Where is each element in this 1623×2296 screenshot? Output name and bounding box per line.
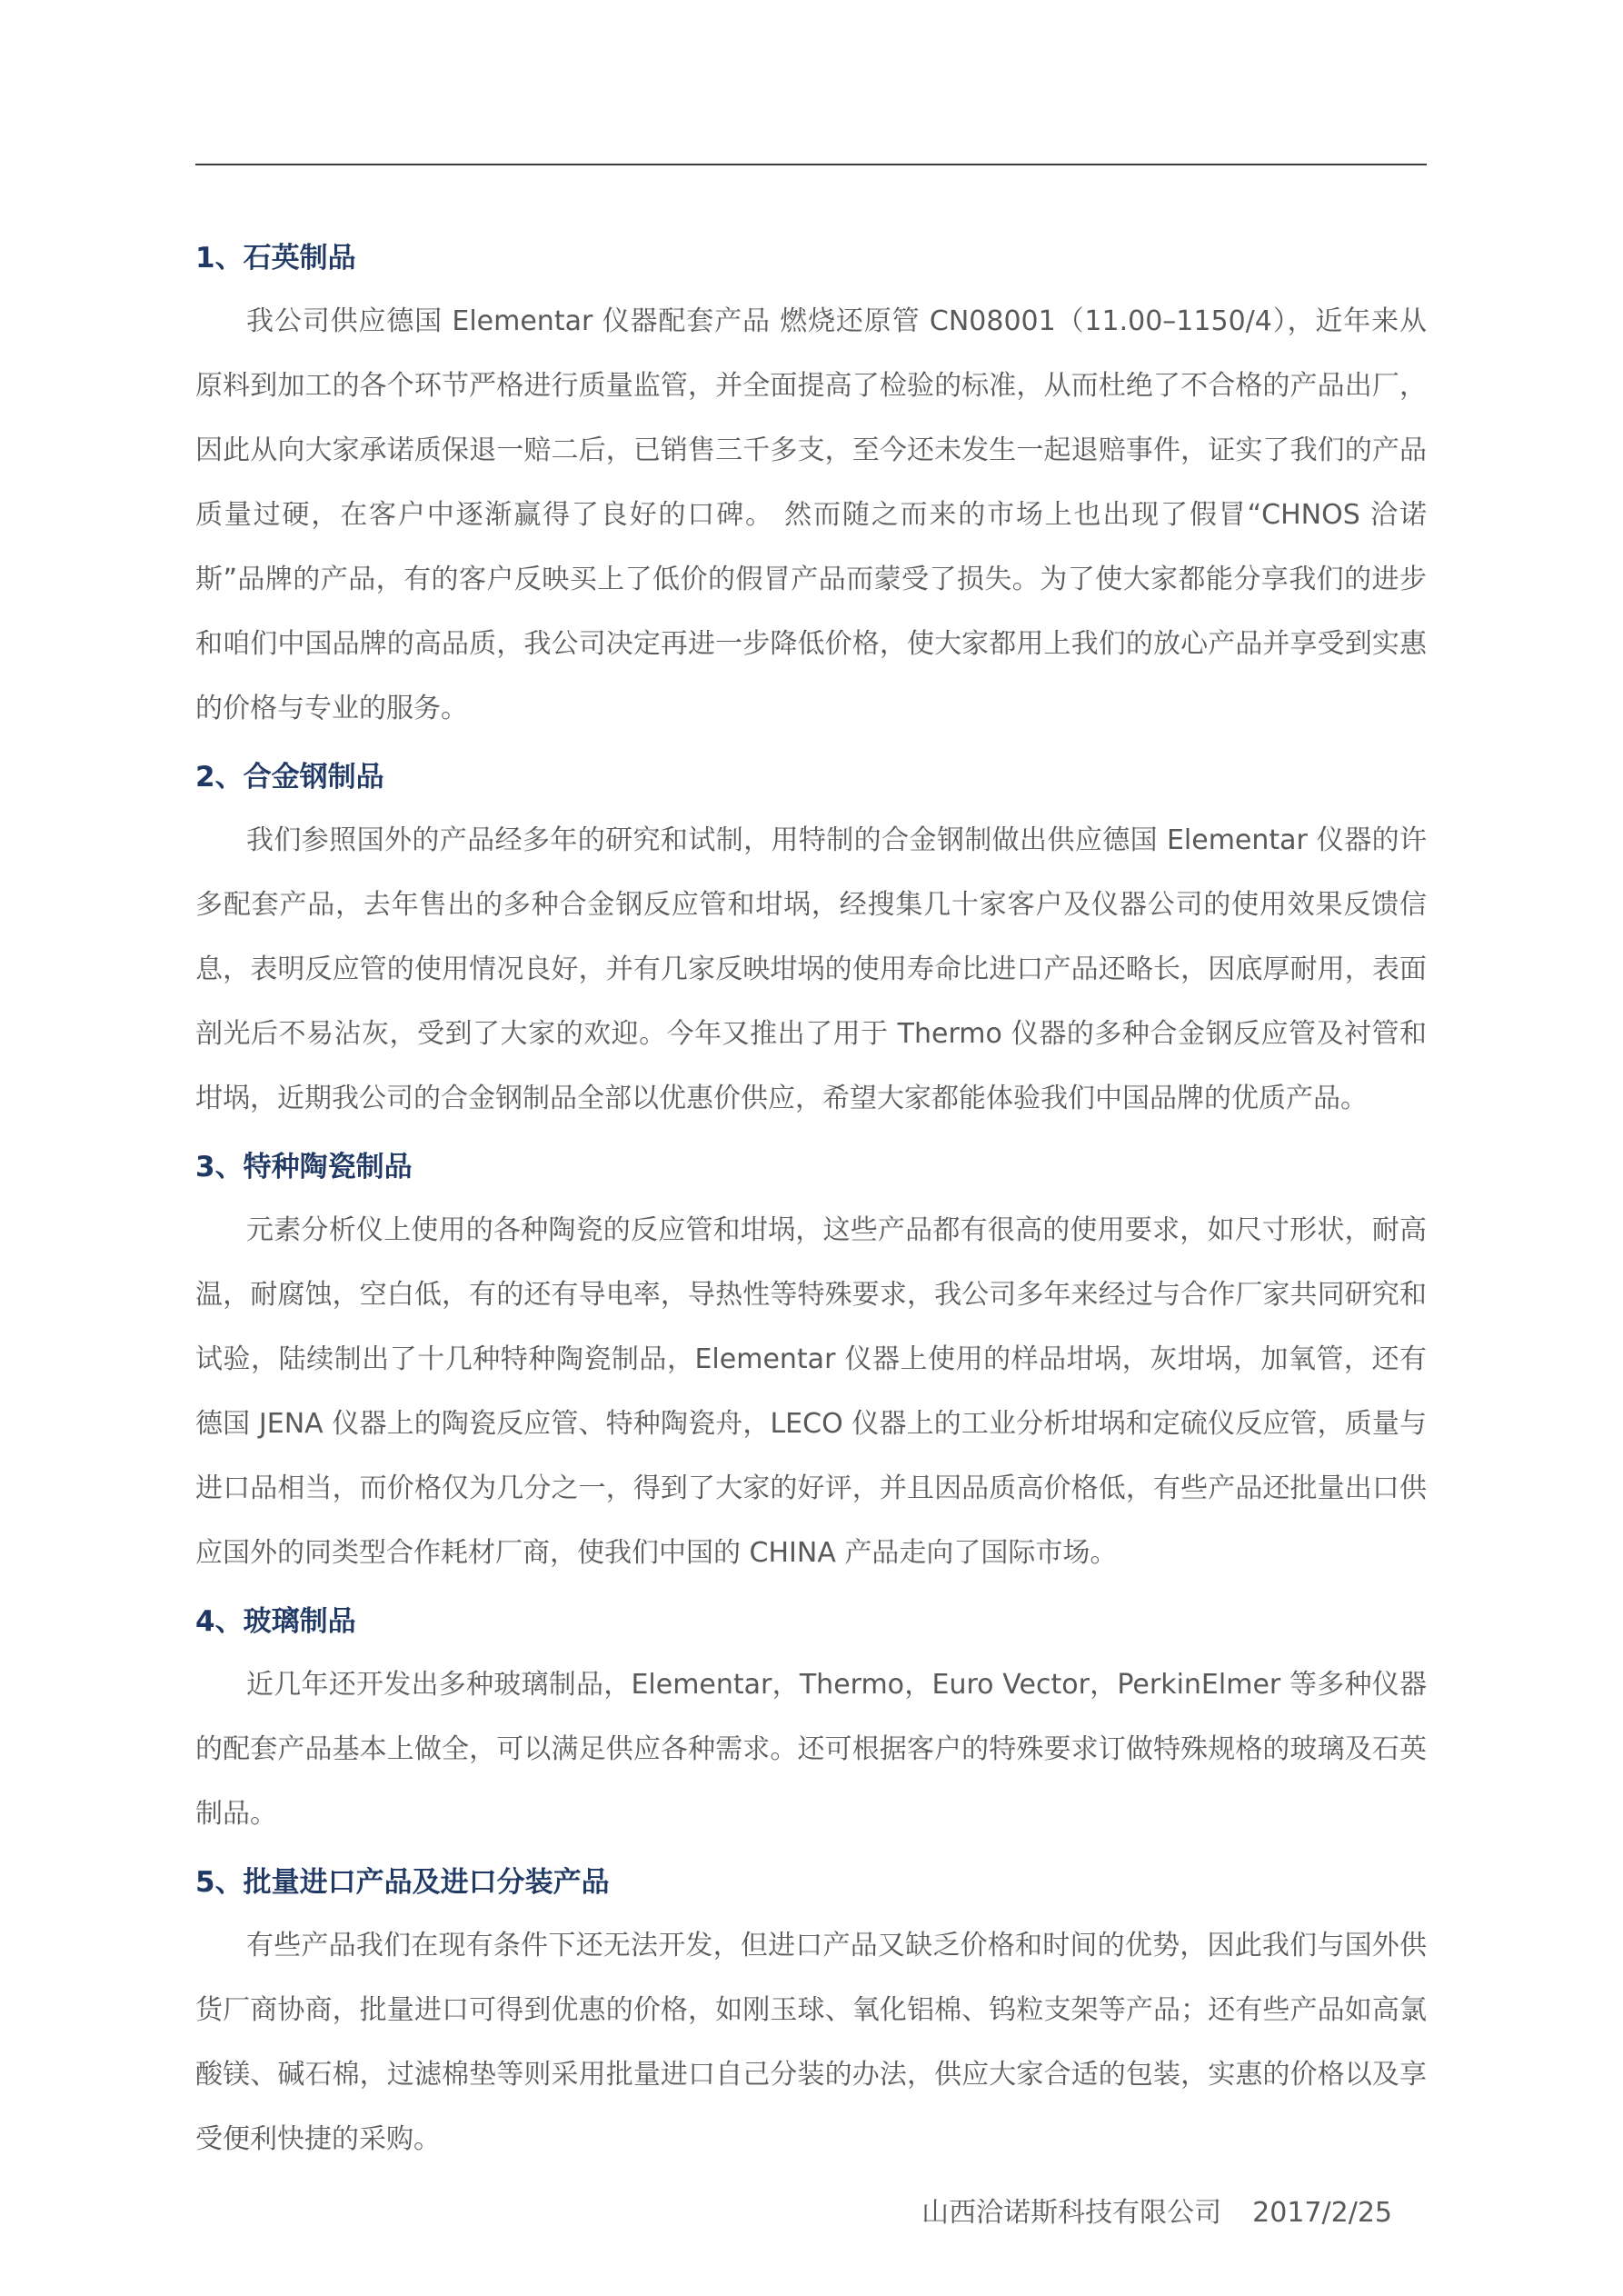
section-alloy-steel-products: 2、合金钢制品 我们参照国外的产品经多年的研究和试制，用特制的合金钢制做出供应德… bbox=[195, 757, 1427, 1131]
section-heading: 5、批量进口产品及进口分装产品 bbox=[195, 1862, 1427, 1902]
section-bulk-import-products: 5、批量进口产品及进口分装产品 有些产品我们在现有条件下还无法开发，但进口产品又… bbox=[195, 1862, 1427, 2171]
section-heading: 3、特种陶瓷制品 bbox=[195, 1147, 1427, 1187]
section-heading: 1、石英制品 bbox=[195, 238, 1427, 278]
section-heading: 2、合金钢制品 bbox=[195, 757, 1427, 797]
section-paragraph: 元素分析仪上使用的各种陶瓷的反应管和坩埚，这些产品都有很高的使用要求，如尺寸形状… bbox=[195, 1198, 1427, 1585]
document-footer: 山西洽诺斯科技有限公司2017/2/25 bbox=[195, 2181, 1427, 2245]
section-heading: 4、玻璃制品 bbox=[195, 1602, 1427, 1642]
section-special-ceramic-products: 3、特种陶瓷制品 元素分析仪上使用的各种陶瓷的反应管和坩埚，这些产品都有很高的使… bbox=[195, 1147, 1427, 1585]
document-page: 1、石英制品 我公司供应德国 Elementar 仪器配套产品 燃烧还原管 CN… bbox=[0, 0, 1623, 2296]
section-paragraph: 我们参照国外的产品经多年的研究和试制，用特制的合金钢制做出供应德国 Elemen… bbox=[195, 808, 1427, 1131]
top-divider bbox=[195, 164, 1427, 165]
section-paragraph: 有些产品我们在现有条件下还无法开发，但进口产品又缺乏价格和时间的优势，因此我们与… bbox=[195, 1913, 1427, 2171]
section-paragraph: 我公司供应德国 Elementar 仪器配套产品 燃烧还原管 CN08001（1… bbox=[195, 289, 1427, 741]
document-content: 1、石英制品 我公司供应德国 Elementar 仪器配套产品 燃烧还原管 CN… bbox=[195, 0, 1427, 2245]
footer-date: 2017/2/25 bbox=[1252, 2197, 1392, 2229]
footer-company-name: 山西洽诺斯科技有限公司 bbox=[921, 2197, 1221, 2229]
section-paragraph: 近几年还开发出多种玻璃制品，Elementar，Thermo，Euro Vect… bbox=[195, 1652, 1427, 1846]
section-glass-products: 4、玻璃制品 近几年还开发出多种玻璃制品，Elementar，Thermo，Eu… bbox=[195, 1602, 1427, 1846]
section-quartz-products: 1、石英制品 我公司供应德国 Elementar 仪器配套产品 燃烧还原管 CN… bbox=[195, 238, 1427, 741]
